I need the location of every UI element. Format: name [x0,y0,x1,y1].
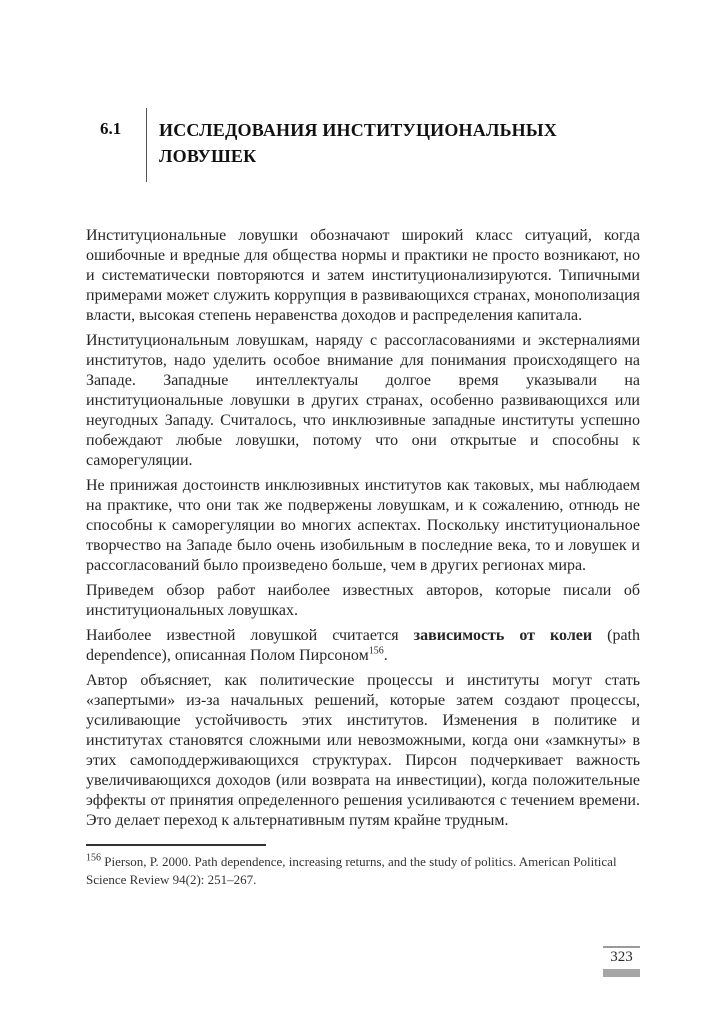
document-page: 6.1 ИССЛЕДОВАНИЯ ИНСТИТУЦИОНАЛЬНЫХ ЛОВУШ… [0,0,725,1024]
section-title: ИССЛЕДОВАНИЯ ИНСТИТУЦИОНАЛЬНЫХ ЛОВУШЕК [146,108,586,182]
footer-bar [603,969,640,977]
paragraph-4: Приведем обзор работ наиболее известных … [86,581,640,621]
bold-term: зависимость от колеи [414,627,592,644]
paragraph-1: Институциональные ловушки обозначают шир… [86,226,640,326]
section-number: 6.1 [85,108,146,182]
footnote-area: 156 Pierson, P. 2000. Path dependence, i… [86,844,640,888]
footnote-text: Pierson, P. 2000. Path dependence, incre… [86,854,617,887]
body-text: Институциональные ловушки обозначают шир… [86,226,640,831]
page-number: 323 [603,946,640,966]
footnote-reference: 156 [369,646,384,657]
footnote: 156 Pierson, P. 2000. Path dependence, i… [86,853,640,888]
paragraph-3: Не принижая достоинств инклюзивных инсти… [86,476,640,576]
paragraph-5-lead: Наиболее известной ловушкой считается [86,627,414,644]
paragraph-5: Наиболее известной ловушкой считается за… [86,626,640,666]
paragraph-6: Автор объясняет, как политические процес… [86,671,640,831]
footnote-marker: 156 [86,853,101,864]
section-heading: 6.1 ИССЛЕДОВАНИЯ ИНСТИТУЦИОНАЛЬНЫХ ЛОВУШ… [85,108,640,182]
footnote-separator [86,844,266,846]
paragraph-5-tail: . [384,647,388,664]
paragraph-2: Институциональным ловушкам, наряду с рас… [86,331,640,471]
page-footer: 323 [603,946,640,977]
